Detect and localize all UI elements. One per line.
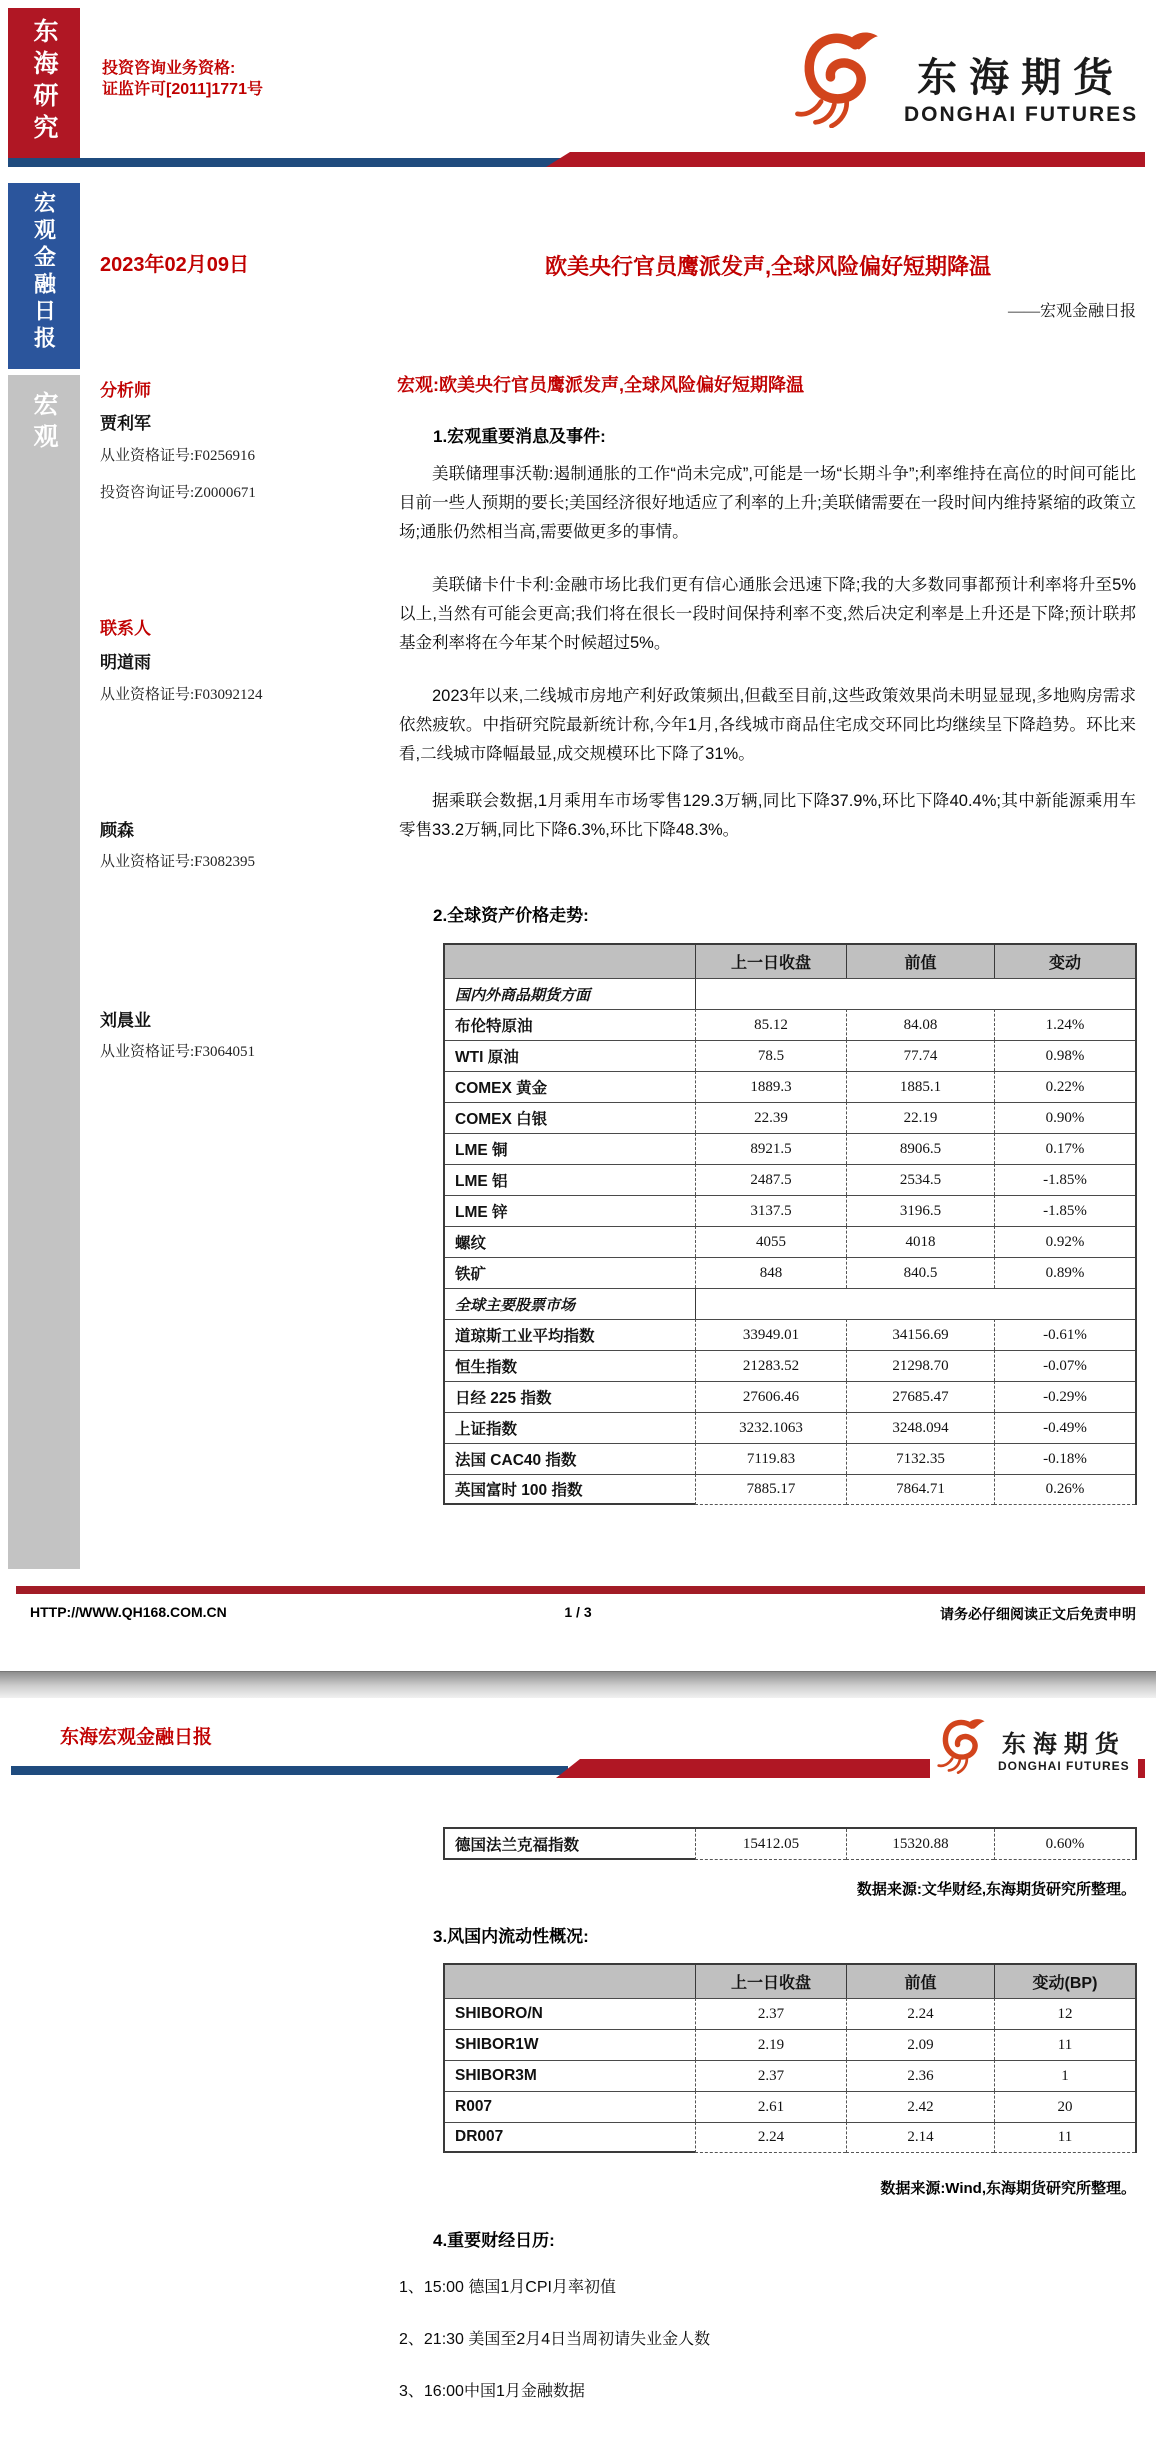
table-cell: 道琼斯工业平均指数 [445,1319,695,1350]
macro-section-heading: 宏观:欧美央行官员鹰派发声,全球风险偏好短期降温 [397,371,804,397]
table-cell: 0.26% [994,1474,1135,1505]
dragon-logo-icon [790,24,890,128]
table-cell: 上一日收盘 [695,945,846,978]
table-cell: 0.17% [994,1133,1135,1164]
table-cell: 0.98% [994,1040,1135,1071]
table-cell: 33949.01 [695,1319,846,1350]
table-cell: 4018 [846,1226,994,1257]
calendar-item: 3、16:00中国1月金融数据 [399,2378,585,2401]
table-cell: 螺纹 [445,1226,695,1257]
calendar-item: 2、21:30 美国至2月4日当周初请失业金人数 [399,2326,710,2349]
table-cell: 15320.88 [846,1829,994,1860]
table-cell: WTI 原油 [445,1040,695,1071]
news-paragraph: 据乘联会数据,1月乘用车市场零售129.3万辆,同比下降37.9%,环比下降40… [399,787,1136,845]
page2-bar-blue [11,1766,568,1775]
table-cell: LME 锌 [445,1195,695,1226]
table-cell: 22.39 [695,1102,846,1133]
table-cell: COMEX 黄金 [445,1071,695,1102]
table-cell: 3196.5 [846,1195,994,1226]
table-cell: -0.49% [994,1412,1135,1443]
contact-cert: 从业资格证号:F3082395 [100,850,255,871]
table-cell: 85.12 [695,1009,846,1040]
report-document: 东海研究 投资咨询业务资格: 证监许可[2011]1771号 东海期货 DONG… [0,0,1156,2455]
report-title: 欧美央行官员鹰派发声,全球风险偏好短期降温 [400,250,1136,281]
table-cell: 7132.35 [846,1443,994,1474]
table-cell: 铁矿 [445,1257,695,1288]
table-cell: 变动(BP) [994,1965,1135,1998]
table-cell: 2.42 [846,2091,994,2122]
analyst-cert-2: 投资咨询证号:Z0000671 [100,481,256,502]
table-cell: 2.36 [846,2060,994,2091]
table-cell: R007 [445,2091,695,2122]
logo-en-text: DONGHAI FUTURES [998,1759,1130,1773]
section-vertical-label: 宏观 [26,391,62,455]
logo-cn-text: 东海期货 [1002,1724,1126,1759]
page2-header-title: 东海宏观金融日报 [60,1722,212,1749]
contact-label: 联系人 [100,614,151,639]
report-date: 2023年02月09日 [100,248,249,277]
table-cell: LME 铜 [445,1133,695,1164]
table-cell: 7885.17 [695,1474,846,1505]
table-cell: 恒生指数 [445,1350,695,1381]
qualification-block: 投资咨询业务资格: 证监许可[2011]1771号 [102,58,263,100]
table-cell: 布伦特原油 [445,1009,695,1040]
table-cell: 84.08 [846,1009,994,1040]
table-cell: 3248.094 [846,1412,994,1443]
table-cell: 8906.5 [846,1133,994,1164]
table-cell: 77.74 [846,1040,994,1071]
header-bar-blue [8,158,570,167]
table-cell: 国内外商品期货方面 [445,978,695,1009]
contact-cert: 从业资格证号:F3064051 [100,1040,255,1061]
table-cell: SHIBOR3M [445,2060,695,2091]
table-cell: -1.85% [994,1164,1135,1195]
news-paragraph: 美联储理事沃勒:遏制通胀的工作“尚未完成”,可能是一场“长期斗争”;利率维持在高… [399,460,1136,547]
table-cell: 27606.46 [695,1381,846,1412]
news-heading: 1.宏观重要消息及事件: [399,422,606,447]
qualification-line2: 证监许可[2011]1771号 [102,79,263,100]
market-table-continuation: 德国法兰克福指数15412.0515320.880.60% [443,1827,1137,1860]
qualification-line1: 投资咨询业务资格: [102,58,263,79]
table-cell: 前值 [846,1965,994,1998]
table-cell: 7864.71 [846,1474,994,1505]
table-cell: 德国法兰克福指数 [445,1829,695,1860]
table-cell: 上证指数 [445,1412,695,1443]
report-type-block: 宏观金融日报 [8,183,80,369]
table-cell: 2.19 [695,2029,846,2060]
table-cell: DR007 [445,2122,695,2153]
table-cell: 1 [994,2060,1135,2091]
table-cell: 3137.5 [695,1195,846,1226]
report-vertical-label: 宏观金融日报 [29,191,60,353]
report-subtitle: ——宏观金融日报 [400,298,1136,321]
table-cell: 前值 [846,945,994,978]
table-cell: -0.29% [994,1381,1135,1412]
table-cell: 1885.1 [846,1071,994,1102]
analyst-label: 分析师 [100,376,151,401]
table-cell: 2.37 [695,2060,846,2091]
page-separator [0,1671,1156,1698]
research-brand-block: 东海研究 [8,8,80,158]
prices-heading: 2.全球资产价格走势: [399,901,589,926]
table-cell [445,1965,695,1998]
table-cell: 1.24% [994,1009,1135,1040]
table-cell: 20 [994,2091,1135,2122]
research-vertical-label: 东海研究 [26,18,62,146]
analyst-name: 贾利军 [100,409,151,434]
table-cell: 4055 [695,1226,846,1257]
table-cell: 840.5 [846,1257,994,1288]
footer-disclaimer: 请务必仔细阅读正文后免责申明 [736,1604,1136,1624]
calendar-item: 1、15:00 德国1月CPI月率初值 [399,2274,616,2297]
table-cell: 78.5 [695,1040,846,1071]
table-cell: 2487.5 [695,1164,846,1195]
table-cell: SHIBORO/N [445,1998,695,2029]
table-cell: 2534.5 [846,1164,994,1195]
table-cell: 2.24 [695,2122,846,2153]
table-cell: 11 [994,2122,1135,2153]
table-cell: 848 [695,1257,846,1288]
contact-name: 明道雨 [100,648,151,673]
footer-url[interactable]: HTTP://WWW.QH168.COM.CN [30,1604,227,1620]
table-cell: SHIBOR1W [445,2029,695,2060]
table-cell: LME 铝 [445,1164,695,1195]
footer-page-number: 1 / 3 [528,1604,628,1620]
footer-bar [16,1586,1145,1594]
table-cell: 15412.05 [695,1829,846,1860]
table-cell: 7119.83 [695,1443,846,1474]
table-cell: 2.09 [846,2029,994,2060]
table-cell: 1889.3 [695,1071,846,1102]
dragon-logo-icon [936,1714,990,1774]
table-cell: 上一日收盘 [695,1965,846,1998]
table-cell: 2.24 [846,1998,994,2029]
table-cell: 21283.52 [695,1350,846,1381]
table-cell: 8921.5 [695,1133,846,1164]
table-cell: 2.37 [695,1998,846,2029]
market-table: 上一日收盘前值变动国内外商品期货方面布伦特原油85.1284.081.24%WT… [443,943,1137,1505]
data-source-note: 数据来源:Wind,东海期货研究所整理。 [636,2177,1136,2198]
calendar-heading: 4.重要财经日历: [399,2226,555,2251]
table-cell: 11 [994,2029,1135,2060]
liquidity-table: 上一日收盘前值变动(BP)SHIBORO/N2.372.2412SHIBOR1W… [443,1963,1137,2153]
table-cell: -0.07% [994,1350,1135,1381]
table-cell: 0.92% [994,1226,1135,1257]
table-cell: 21298.70 [846,1350,994,1381]
table-cell: 英国富时 100 指数 [445,1474,695,1505]
company-logo-small: 东海期货 DONGHAI FUTURES [930,1706,1138,1790]
logo-en-text: DONGHAI FUTURES [904,103,1138,127]
table-cell: 法国 CAC40 指数 [445,1443,695,1474]
table-cell: 34156.69 [846,1319,994,1350]
section-side-block: 宏观 [8,375,80,1569]
table-cell: 0.90% [994,1102,1135,1133]
table-cell: 3232.1063 [695,1412,846,1443]
table-cell: 2.61 [695,2091,846,2122]
header-bar-red [546,152,1145,167]
table-cell: COMEX 白银 [445,1102,695,1133]
contact-name: 刘晨业 [100,1006,151,1031]
table-cell: 12 [994,1998,1135,2029]
table-cell: -1.85% [994,1195,1135,1226]
table-cell: 0.89% [994,1257,1135,1288]
news-paragraph: 2023年以来,二线城市房地产利好政策频出,但截至目前,这些政策效果尚未明显显现… [399,682,1136,769]
contact-name: 顾森 [100,816,134,841]
table-cell: 全球主要股票市场 [445,1288,695,1319]
table-cell: 2.14 [846,2122,994,2153]
contact-cert: 从业资格证号:F03092124 [100,683,263,704]
table-cell [695,978,1135,1009]
table-cell: -0.61% [994,1319,1135,1350]
news-paragraph: 美联储卡什卡利:金融市场比我们更有信心通胀会迅速下降;我的大多数同事都预计利率将… [399,571,1136,658]
data-source-note: 数据来源:文华财经,东海期货研究所整理。 [636,1878,1136,1899]
table-cell: 日经 225 指数 [445,1381,695,1412]
table-cell: 27685.47 [846,1381,994,1412]
table-cell: 变动 [994,945,1135,978]
liquidity-heading: 3.风国内流动性概况: [399,1922,589,1947]
table-cell [445,945,695,978]
table-cell: 0.60% [994,1829,1135,1860]
company-logo: 东海期货 DONGHAI FUTURES [790,24,1138,128]
table-cell: 0.22% [994,1071,1135,1102]
logo-cn-text: 东海期货 [917,46,1125,103]
table-cell: -0.18% [994,1443,1135,1474]
analyst-cert-1: 从业资格证号:F0256916 [100,444,255,465]
table-cell [695,1288,1135,1319]
table-cell: 22.19 [846,1102,994,1133]
